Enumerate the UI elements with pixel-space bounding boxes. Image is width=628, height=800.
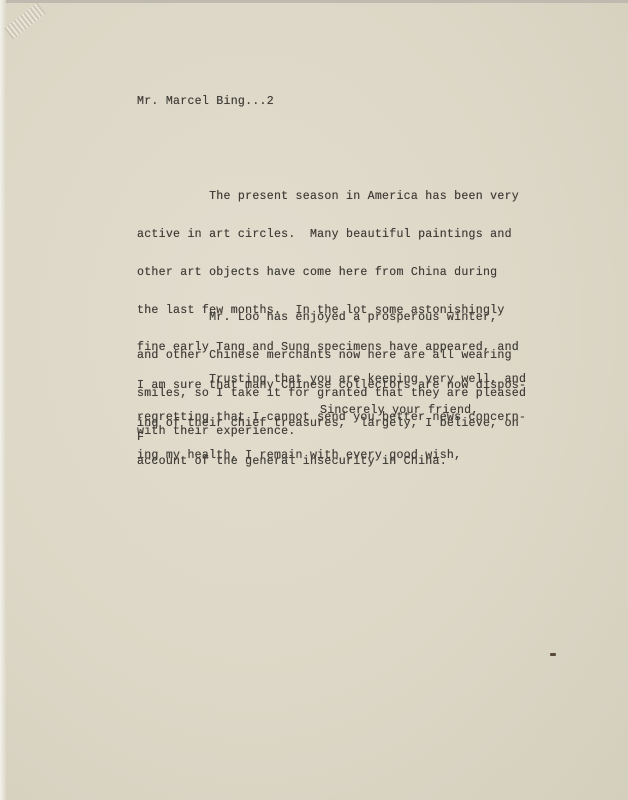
page-header: Mr. Marcel Bing...2 xyxy=(137,96,274,109)
typist-initial: F xyxy=(137,432,144,445)
paragraph-3: Trusting that you are keeping very well,… xyxy=(137,349,526,488)
page-left-edge xyxy=(0,0,6,800)
text-line: Mr. Loo has enjoyed a prosperous winter, xyxy=(137,312,526,325)
page-top-edge xyxy=(0,0,628,3)
ink-speck xyxy=(550,653,556,656)
text-line: The present season in America has been v… xyxy=(137,191,526,204)
staple-marks xyxy=(4,3,46,40)
closing-salutation: Sincerely your friend, xyxy=(320,405,479,418)
text-line: ing my health, I remain with every good … xyxy=(137,450,526,463)
text-line: other art objects have come here from Ch… xyxy=(137,267,526,280)
letter-page: Mr. Marcel Bing...2 The present season i… xyxy=(0,0,628,800)
text-line: active in art circles. Many beautiful pa… xyxy=(137,229,526,242)
text-line: Trusting that you are keeping very well,… xyxy=(137,374,526,387)
